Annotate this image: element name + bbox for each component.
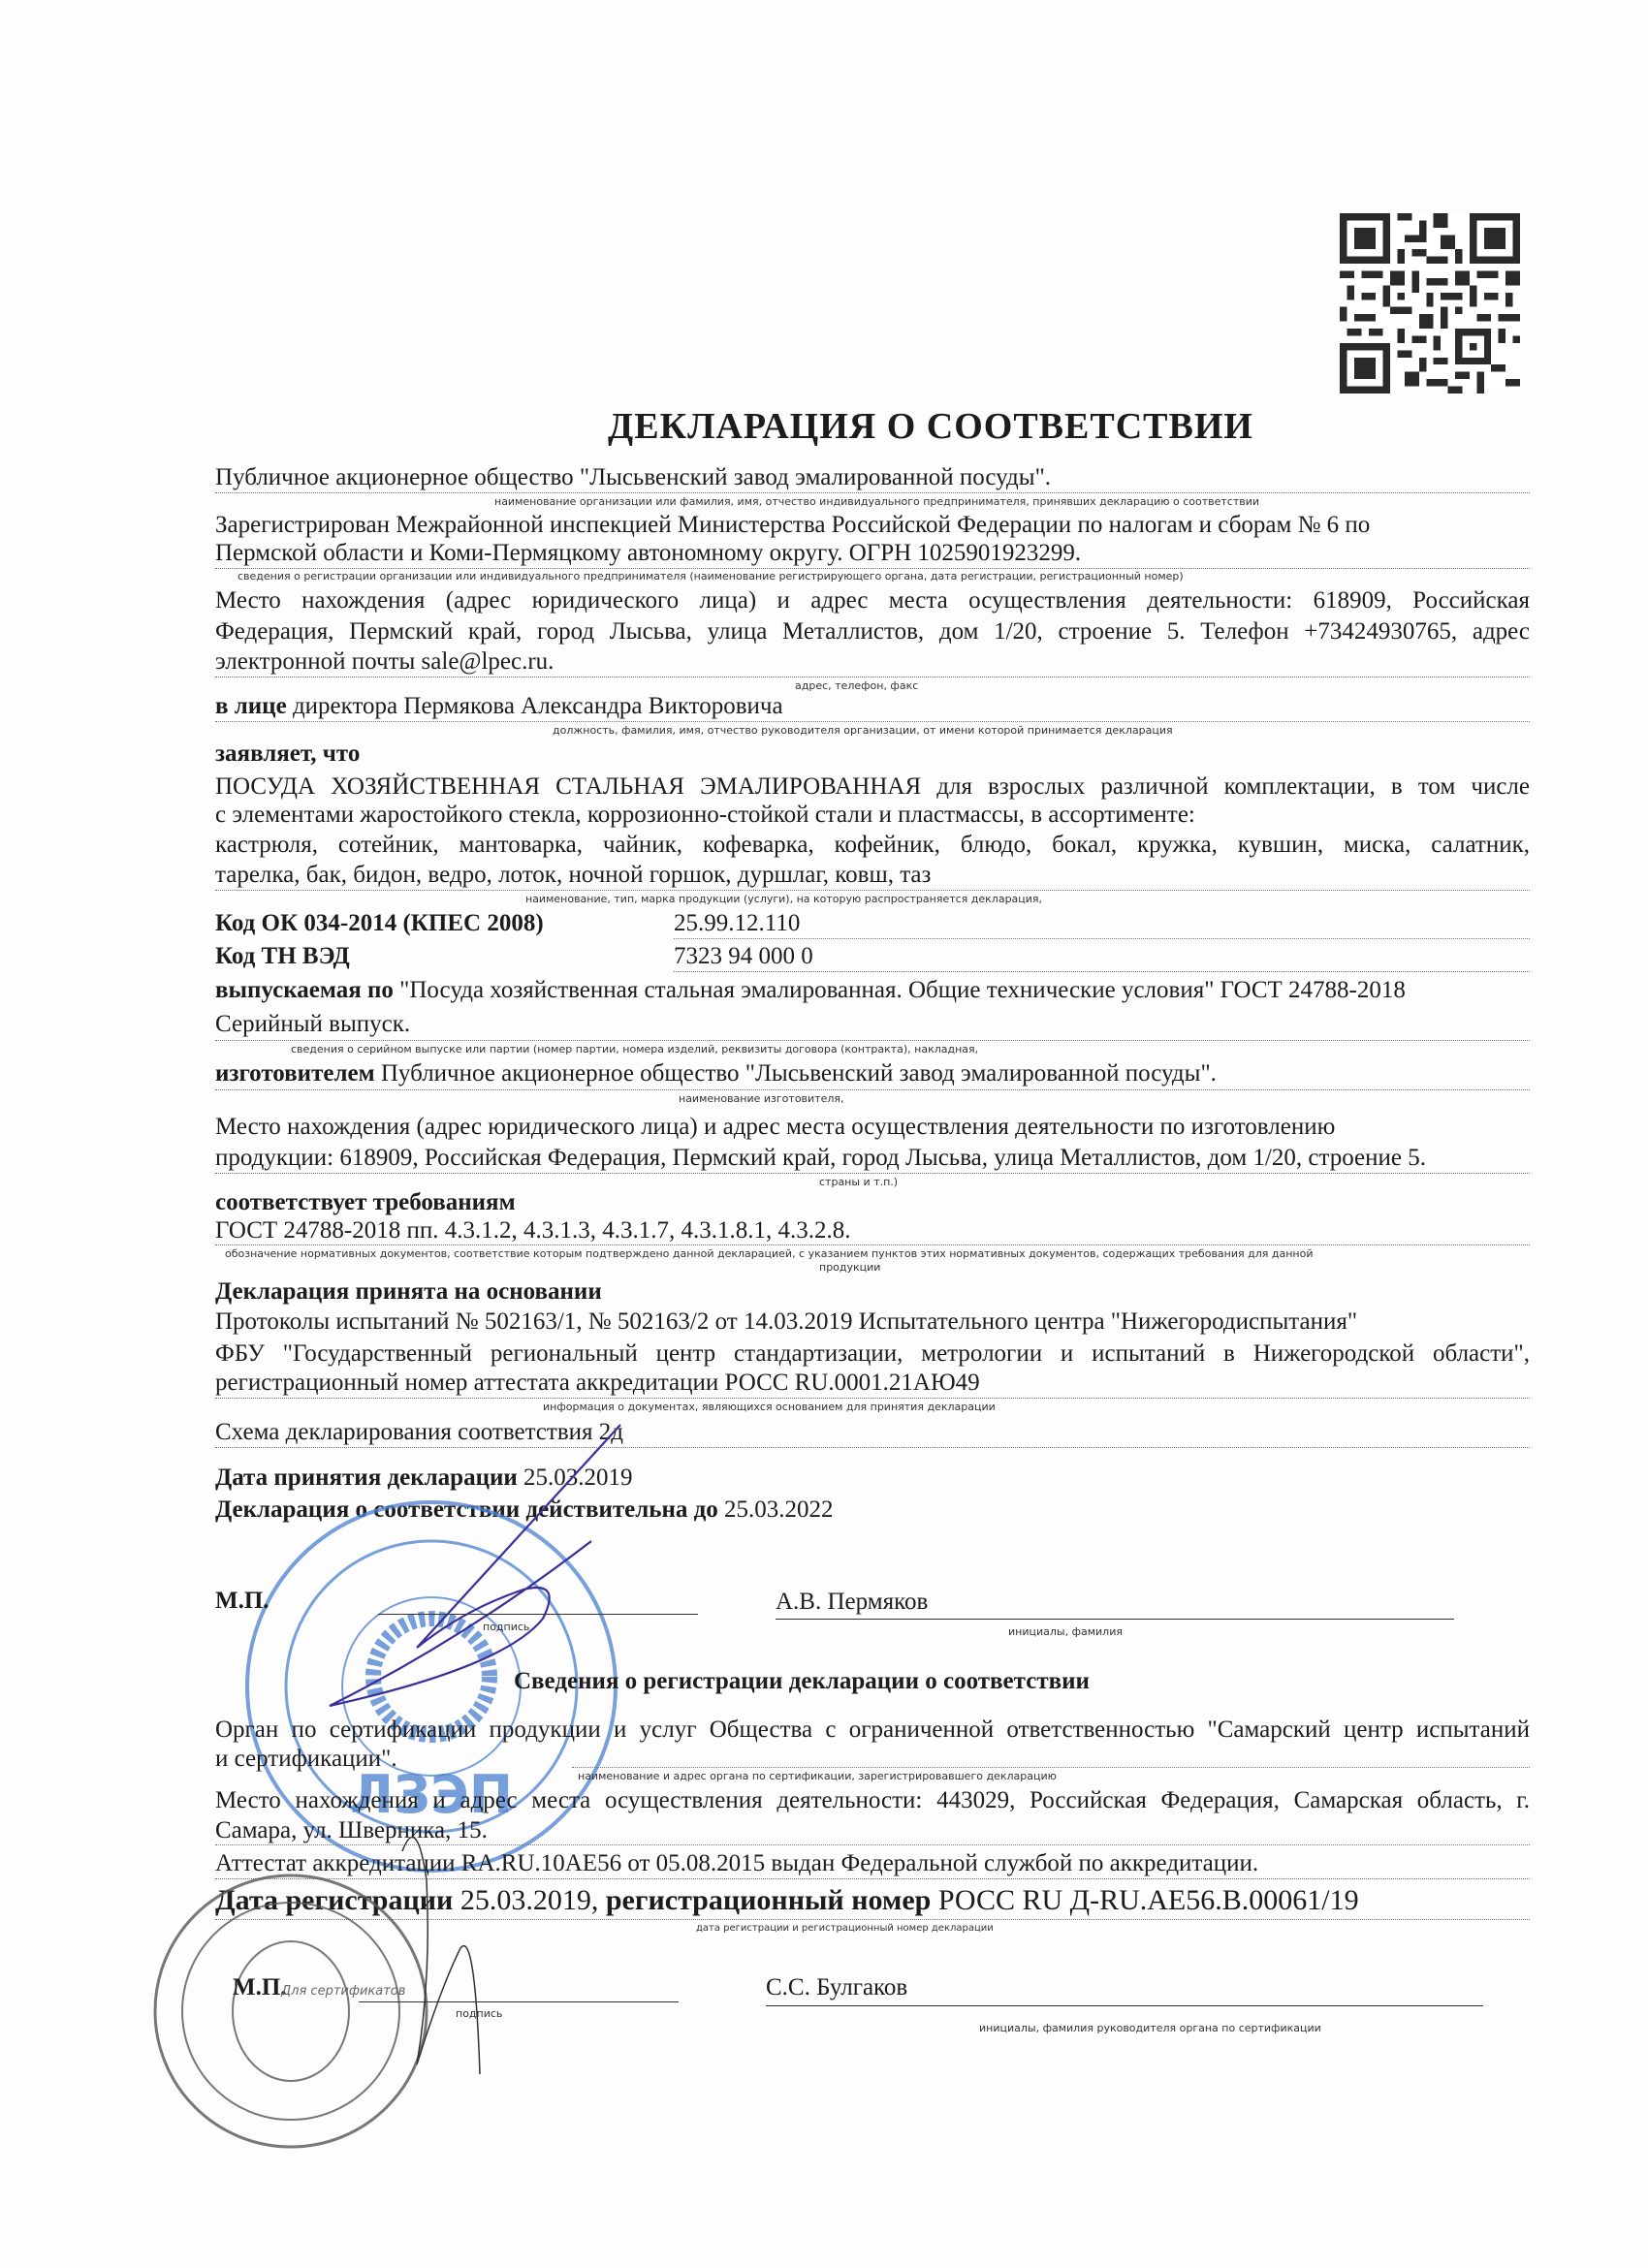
product-line-2: с элементами жаростойкого стекла, корроз… bbox=[215, 801, 1530, 830]
signature-caption-1: подпись bbox=[483, 1621, 529, 1633]
represented-by-label: в лице bbox=[215, 693, 287, 719]
stamp-text: Для сертификатов bbox=[281, 1984, 405, 1999]
divider bbox=[215, 1089, 1530, 1090]
signature-caption-2: подпись bbox=[456, 2007, 502, 2020]
conformity-caption-1: обозначение нормативных документов, соот… bbox=[225, 1247, 1313, 1260]
mp-label-1: М.П. bbox=[215, 1587, 293, 1616]
divider bbox=[215, 1040, 1530, 1041]
cert-body-line-1: Орган по сертификации продукции и услуг … bbox=[215, 1716, 1530, 1745]
conformity-standard: ГОСТ 24788-2018 пп. 4.3.1.2, 4.3.1.3, 4.… bbox=[215, 1216, 1530, 1245]
divider bbox=[215, 1173, 1530, 1174]
produced-by-label: выпускаемая по bbox=[215, 977, 394, 1003]
code-okpd-label: Код ОК 034-2014 (КПЕС 2008) bbox=[215, 909, 651, 938]
manufacturer-caption: наименование изготовителя, bbox=[679, 1092, 844, 1105]
manufacturer-label: изготовителем bbox=[215, 1060, 375, 1087]
registration-number-label: регистрационный номер bbox=[606, 1884, 932, 1916]
divider bbox=[674, 971, 1530, 972]
divider bbox=[215, 890, 1530, 891]
document-title: ДЕКЛАРАЦИЯ О СООТВЕТСТВИИ bbox=[0, 405, 1648, 448]
basis-caption: информация о документах, являющихся осно… bbox=[543, 1401, 996, 1413]
basis-line-3: регистрационный номер аттестата аккредит… bbox=[215, 1369, 1530, 1398]
manufacturer-address-1: Место нахождения (адрес юридического лиц… bbox=[215, 1113, 1530, 1142]
produced-by-row: выпускаемая по "Посуда хозяйственная ста… bbox=[215, 976, 1530, 1005]
signature-line bbox=[378, 1614, 698, 1615]
registration-caption: дата регистрации и регистрационный номер… bbox=[696, 1923, 994, 1934]
code-tnved-value: 7323 94 000 0 bbox=[674, 942, 1062, 971]
divider bbox=[215, 1398, 1530, 1399]
divider bbox=[215, 492, 1530, 493]
name-line bbox=[766, 2005, 1483, 2006]
serial-release: Серийный выпуск. bbox=[215, 1010, 1530, 1039]
signature-line bbox=[359, 2001, 679, 2002]
manufacturer-address-caption: страны и т.п.) bbox=[819, 1176, 898, 1188]
produced-by-standard: "Посуда хозяйственная стальная эмалирова… bbox=[399, 977, 1406, 1003]
code-okpd-value: 25.99.12.110 bbox=[674, 909, 1062, 938]
represented-by-row: в лице директора Пермякова Александра Ви… bbox=[215, 692, 1530, 721]
registration-heading: Сведения о регистрации декларации о соот… bbox=[514, 1667, 1386, 1696]
represented-by-value: директора Пермякова Александра Викторови… bbox=[293, 693, 783, 719]
cert-body-caption: наименование и адрес органа по сертифика… bbox=[578, 1770, 1057, 1782]
divider bbox=[215, 1244, 1530, 1245]
name-line bbox=[776, 1619, 1454, 1620]
manufacturer-address-2: продукции: 618909, Российская Федерация,… bbox=[215, 1144, 1530, 1173]
divider bbox=[215, 677, 1530, 677]
conformity-label: соответствует требованиям bbox=[215, 1188, 1530, 1217]
manufacturer-name: Публичное акционерное общество "Лысьвенс… bbox=[381, 1060, 1217, 1087]
address-line-1: Место нахождения (адрес юридического лиц… bbox=[215, 586, 1530, 615]
manufacturer-row: изготовителем Публичное акционерное обще… bbox=[215, 1059, 1530, 1088]
cert-head-name-caption: инициалы, фамилия руководителя органа по… bbox=[979, 2022, 1321, 2034]
registration-number-value: РОСС RU Д-RU.АЕ56.В.00061/19 bbox=[938, 1884, 1359, 1916]
declares-label: заявляет, что bbox=[215, 740, 1530, 769]
product-line-3: кастрюля, сотейник, мантоварка, чайник, … bbox=[215, 831, 1530, 860]
registration-line-2: Пермской области и Коми-Пермяцкому автон… bbox=[215, 539, 1530, 568]
director-name: А.В. Пермяков bbox=[776, 1588, 1163, 1617]
divider bbox=[674, 938, 1530, 939]
address-line-3: электронной почты sale@lpec.ru. bbox=[215, 647, 1530, 677]
cert-head-name: С.С. Булгаков bbox=[766, 1973, 1154, 2002]
registration-line-1: Зарегистрирован Межрайонной инспекцией М… bbox=[215, 511, 1530, 540]
qr-code-icon bbox=[1340, 213, 1520, 394]
basis-line-1: Протоколы испытаний № 502163/1, № 502163… bbox=[215, 1307, 1530, 1337]
head-signature-icon bbox=[388, 1822, 504, 2103]
declaration-page: ДЕКЛАРАЦИЯ О СООТВЕТСТВИИ Публичное акци… bbox=[0, 0, 1648, 2268]
address-line-2: Федерация, Пермский край, город Лысьва, … bbox=[215, 617, 1530, 646]
product-name-rest: для взрослых различной комплектации, в т… bbox=[936, 773, 1530, 800]
divider bbox=[572, 1767, 1530, 1768]
applicant-name: Публичное акционерное общество "Лысьвенс… bbox=[215, 463, 1530, 492]
registration-caption: сведения о регистрации организации или и… bbox=[238, 570, 1184, 583]
serial-caption: сведения о серийном выпуске или партии (… bbox=[291, 1043, 978, 1055]
represented-caption: должность, фамилия, имя, отчество руково… bbox=[553, 724, 1173, 737]
product-line-1: ПОСУДА ХОЗЯЙСТВЕННАЯ СТАЛЬНАЯ ЭМАЛИРОВАН… bbox=[215, 772, 1530, 802]
address-caption: адрес, телефон, факс bbox=[795, 679, 918, 692]
basis-label: Декларация принята на основании bbox=[215, 1277, 1530, 1307]
divider bbox=[215, 568, 1530, 569]
divider bbox=[215, 721, 1530, 722]
director-name-caption: инициалы, фамилия bbox=[1008, 1625, 1123, 1638]
product-caption: наименование, тип, марка продукции (услу… bbox=[525, 893, 1042, 905]
product-name: ПОСУДА ХОЗЯЙСТВЕННАЯ СТАЛЬНАЯ ЭМАЛИРОВАН… bbox=[215, 773, 921, 800]
applicant-name-caption: наименование организации или фамилия, им… bbox=[494, 495, 1259, 508]
product-line-4: тарелка, бак, бидон, ведро, лоток, ночно… bbox=[215, 861, 1530, 890]
conformity-caption-2: продукции bbox=[819, 1261, 880, 1274]
cert-address-line-1: Место нахождения и адрес места осуществл… bbox=[215, 1786, 1530, 1815]
valid-until-value: 25.03.2022 bbox=[724, 1496, 834, 1523]
code-tnved-label: Код ТН ВЭД bbox=[215, 942, 651, 971]
basis-line-2: ФБУ "Государственный региональный центр … bbox=[215, 1339, 1530, 1369]
